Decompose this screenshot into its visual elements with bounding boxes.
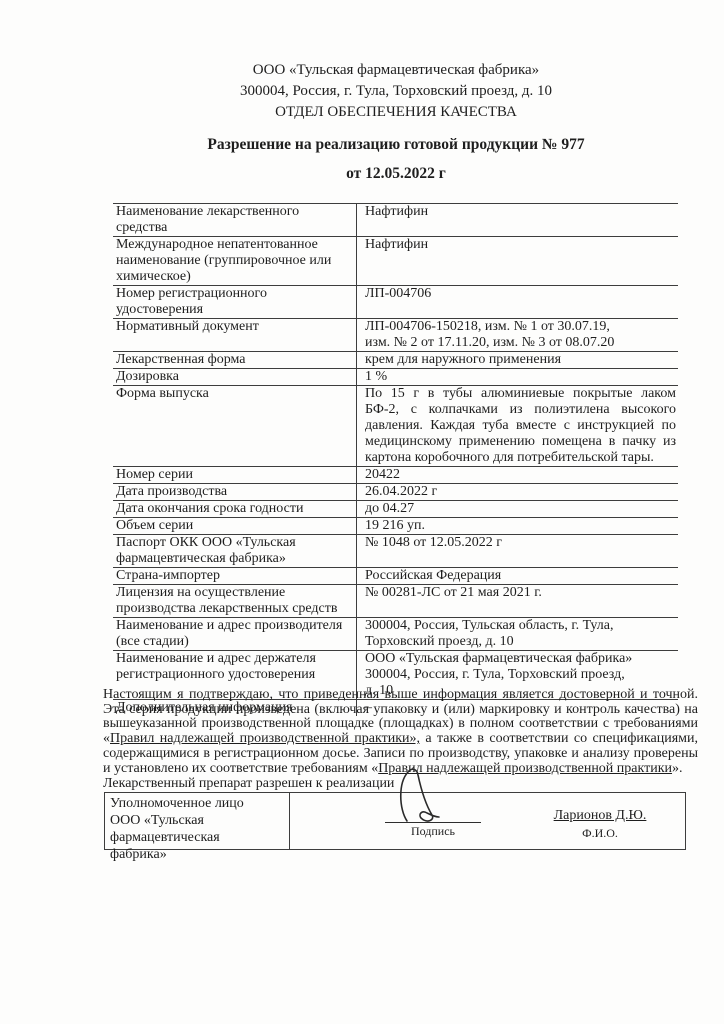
row-value: Российская Федерация (357, 568, 678, 584)
row-label: Номер серии (113, 467, 357, 483)
title-date-line: от 12.05.2022 г (66, 165, 724, 182)
table-row: Наименование лекарственного средства Наф… (113, 204, 678, 237)
table-row: Форма выпуска По 15 г в тубы алюминиевые… (113, 386, 678, 467)
row-value: крем для наружного применения (357, 352, 678, 368)
signatory-name-caption: Ф.И.О. (543, 826, 657, 841)
row-label: Номер регистрационного удостоверения (113, 286, 357, 318)
row-value: Нафтифин (357, 237, 678, 285)
row-value: 20422 (357, 467, 678, 483)
row-label: Форма выпуска (113, 386, 357, 466)
row-value: По 15 г в тубы алюминиевые покрытые лако… (357, 386, 678, 466)
row-label: Страна-импортер (113, 568, 357, 584)
table-row: Объем серии 19 216 уп. (113, 518, 678, 535)
company-name: ООО «Тульская фармацевтическая фабрика» (66, 60, 724, 81)
table-row: Страна-импортер Российская Федерация (113, 568, 678, 585)
handwritten-signature-icon (397, 767, 449, 825)
document-title: Разрешение на реализацию готовой продукц… (66, 136, 724, 182)
table-row: Нормативный документ ЛП-004706-150218, и… (113, 319, 678, 352)
row-value: 26.04.2022 г (357, 484, 678, 500)
signatory-name: Ларионов Д.Ю. (543, 808, 657, 824)
statement-part3: ». (672, 761, 683, 776)
row-value: до 04.27 (357, 501, 678, 517)
statement-paragraph: Настоящим я подтверждаю, что приведенная… (103, 688, 698, 776)
row-value: ЛП-004706 (357, 286, 678, 318)
document-header: ООО «Тульская фармацевтическая фабрика» … (66, 60, 724, 123)
company-address: 300004, Россия, г. Тула, Торховский прое… (66, 81, 724, 102)
table-row: Наименование и адрес производителя (все … (113, 618, 678, 651)
row-value: 19 216 уп. (357, 518, 678, 534)
row-label: Объем серии (113, 518, 357, 534)
product-table: Наименование лекарственного средства Наф… (113, 203, 678, 716)
row-label: Нормативный документ (113, 319, 357, 351)
table-row: Дата производства 26.04.2022 г (113, 484, 678, 501)
table-row: Дозировка 1 % (113, 369, 678, 386)
row-value: № 1048 от 12.05.2022 г (357, 535, 678, 567)
department-name: ОТДЕЛ ОБЕСПЕЧЕНИЯ КАЧЕСТВА (66, 102, 724, 123)
row-label: Лекарственная форма (113, 352, 357, 368)
row-value: 300004, Россия, Тульская область, г. Тул… (357, 618, 678, 650)
row-value: ЛП-004706-150218, изм. № 1 от 30.07.19, … (357, 319, 678, 351)
row-label: Дозировка (113, 369, 357, 385)
table-row: Лицензия на осуществление производства л… (113, 585, 678, 618)
row-label: Паспорт ОКК ООО «Тульская фармацевтическ… (113, 535, 357, 567)
title-line: Разрешение на реализацию готовой продукц… (66, 136, 724, 153)
signature-table: Уполномоченное лицо ООО «Тульская фармац… (104, 792, 686, 850)
row-value: Нафтифин (357, 204, 678, 236)
row-value: № 00281-ЛС от 21 мая 2021 г. (357, 585, 678, 617)
table-row: Паспорт ОКК ООО «Тульская фармацевтическ… (113, 535, 678, 568)
table-row: Лекарственная форма крем для наружного п… (113, 352, 678, 369)
row-label: Наименование и адрес производителя (все … (113, 618, 357, 650)
authorized-person-cell: Уполномоченное лицо ООО «Тульская фармац… (105, 793, 290, 849)
row-label: Дата производства (113, 484, 357, 500)
row-label: Дата окончания срока годности (113, 501, 357, 517)
table-row: Номер регистрационного удостоверения ЛП-… (113, 286, 678, 319)
signature-caption: Подпись (385, 824, 481, 839)
table-row: Номер серии 20422 (113, 467, 678, 484)
row-label: Лицензия на осуществление производства л… (113, 585, 357, 617)
table-row: Дата окончания срока годности до 04.27 (113, 501, 678, 518)
row-value: 1 % (357, 369, 678, 385)
row-label: Наименование лекарственного средства (113, 204, 357, 236)
row-label: Международное непатентованное наименован… (113, 237, 357, 285)
signature-cell: Подпись Ларионов Д.Ю. Ф.И.О. (290, 793, 685, 849)
document-page: ООО «Тульская фармацевтическая фабрика» … (0, 0, 724, 1024)
statement-underlined-1: Правил надлежащей производственной практ… (110, 731, 420, 746)
table-row: Международное непатентованное наименован… (113, 237, 678, 286)
